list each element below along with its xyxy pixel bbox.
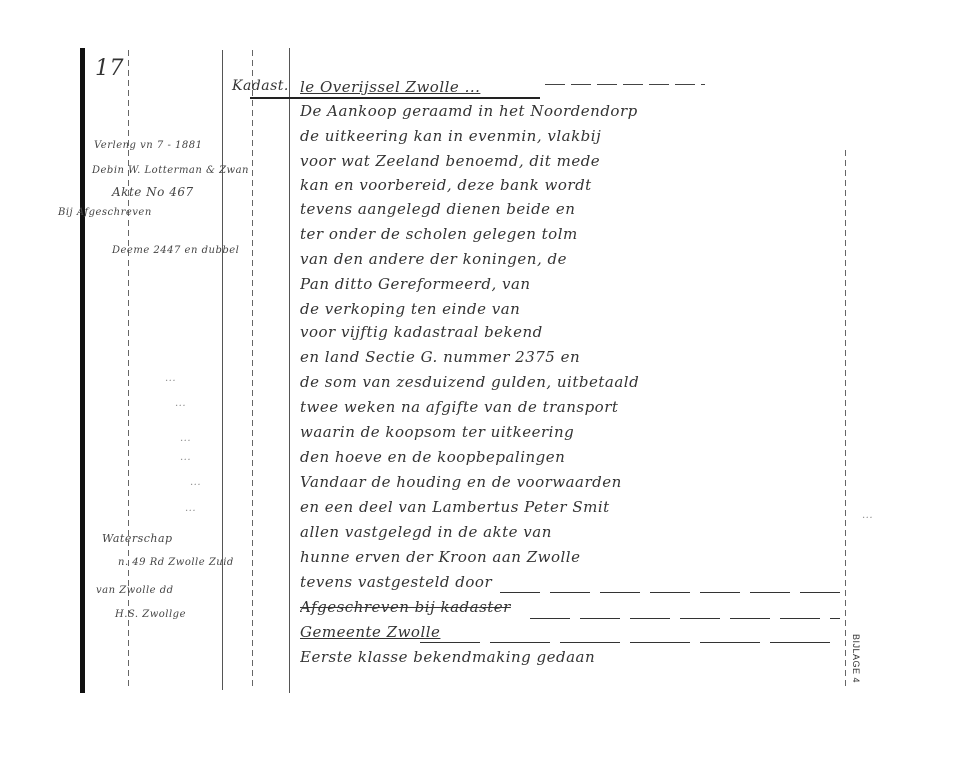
margin-note: Akte No 467 bbox=[112, 185, 194, 199]
body-line: twee weken na afgifte van de transport bbox=[300, 398, 840, 416]
margin-note: van Zwolle dd bbox=[96, 585, 174, 596]
column-rule-2 bbox=[222, 50, 223, 690]
page-number: 17 bbox=[95, 56, 124, 81]
margin-note: Debin W. Lotterman & Zwan bbox=[92, 165, 249, 176]
margin-number: ... bbox=[165, 373, 176, 384]
margin-note: Deeme 2447 en dubbel bbox=[112, 245, 239, 256]
margin-number: ... bbox=[180, 433, 191, 444]
document-page: 17 Kadast. le Overijssel Zwolle ... Verl… bbox=[0, 0, 954, 763]
header-rule-dashed bbox=[545, 84, 705, 85]
column-rule-4 bbox=[289, 48, 290, 693]
body-line: Pan ditto Gereformeerd, van bbox=[300, 275, 840, 293]
margin-note: Bij Afgeschreven bbox=[58, 207, 152, 218]
body-line: voor wat Zeeland benoemd, dit mede bbox=[300, 152, 840, 170]
body-line: en een deel van Lambertus Peter Smit bbox=[300, 498, 840, 516]
section-label: Kadast. bbox=[232, 78, 289, 94]
margin-number: ... bbox=[185, 503, 196, 514]
right-margin-note: ... bbox=[862, 510, 873, 521]
margin-note: Waterschap bbox=[102, 532, 173, 545]
margin-note: Verleng vn 7 - 1881 bbox=[94, 140, 202, 151]
margin-note: n. 49 Rd Zwolle Zuid bbox=[118, 557, 234, 568]
body-line: De Aankoop geraamd in het Noordendorp bbox=[300, 102, 840, 120]
body-line: de uitkeering kan in evenmin, vlakbij bbox=[300, 127, 840, 145]
body-line: Eerste klasse bekendmaking gedaan bbox=[300, 648, 840, 666]
body-line: voor vijftig kadastraal bekend bbox=[300, 323, 840, 341]
body-line: den hoeve en de koopbepalingen bbox=[300, 448, 840, 466]
margin-number: ... bbox=[175, 398, 186, 409]
body-line: van den andere der koningen, de bbox=[300, 250, 840, 268]
body-line: tevens vastgesteld door bbox=[300, 573, 840, 591]
left-binding-rule bbox=[80, 48, 85, 693]
body-line: kan en voorbereid, deze bank wordt bbox=[300, 176, 840, 194]
bijlage-stamp: BIJLAGE 4 bbox=[851, 634, 861, 683]
fill-dash bbox=[530, 618, 840, 619]
header-title: le Overijssel Zwolle ... bbox=[300, 78, 480, 96]
body-line: Gemeente Zwolle bbox=[300, 623, 840, 641]
fill-dash bbox=[420, 642, 840, 643]
body-line: allen vastgelegd in de akte van bbox=[300, 523, 840, 541]
header-rule bbox=[250, 97, 540, 99]
body-line: de verkoping ten einde van bbox=[300, 300, 840, 318]
margin-number: ... bbox=[190, 477, 201, 488]
body-line: hunne erven der Kroon aan Zwolle bbox=[300, 548, 840, 566]
margin-note: H.S. Zwollge bbox=[115, 609, 186, 620]
column-rule-3 bbox=[252, 50, 253, 690]
right-border-rule bbox=[845, 150, 846, 690]
body-line: waarin de koopsom ter uitkeering bbox=[300, 423, 840, 441]
fill-dash bbox=[500, 592, 840, 593]
body-line: en land Sectie G. nummer 2375 en bbox=[300, 348, 840, 366]
body-line: de som van zesduizend gulden, uitbetaald bbox=[300, 373, 840, 391]
body-line: Vandaar de houding en de voorwaarden bbox=[300, 473, 840, 491]
body-line: ter onder de scholen gelegen tolm bbox=[300, 225, 840, 243]
body-line: tevens aangelegd dienen beide en bbox=[300, 200, 840, 218]
body-line-struck: Afgeschreven bij kadaster bbox=[300, 598, 840, 616]
margin-number: ... bbox=[180, 452, 191, 463]
